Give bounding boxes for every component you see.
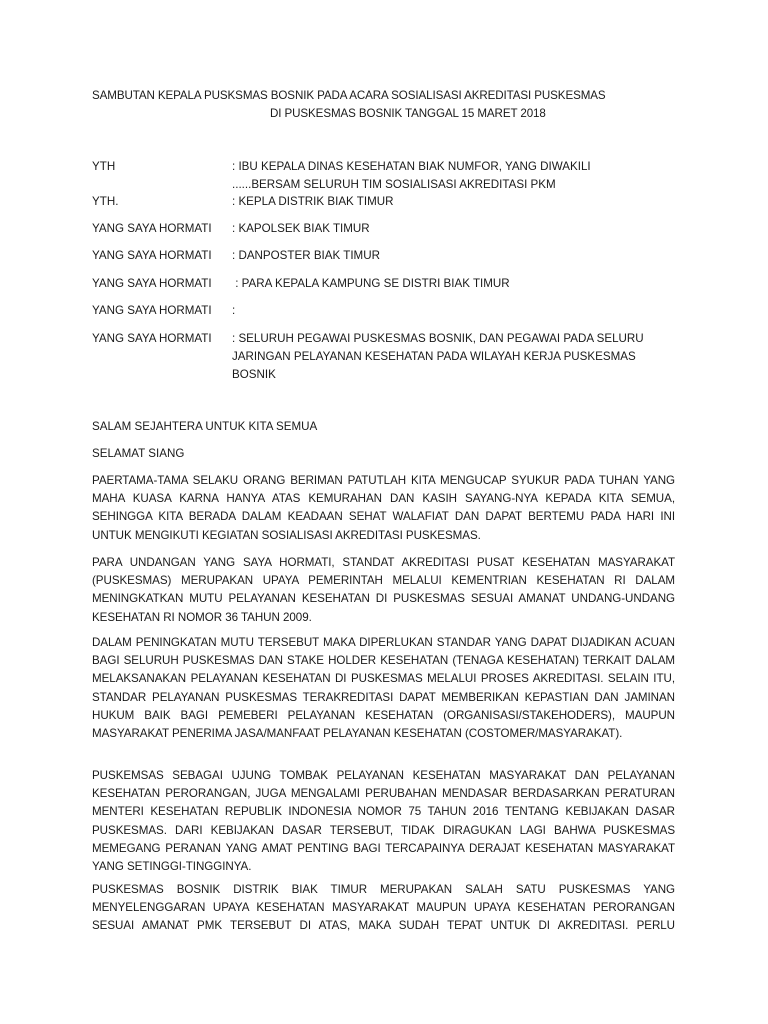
- addressee-value: :: [232, 302, 682, 320]
- addressee-value: : DANPOSTER BIAK TIMUR: [232, 247, 682, 265]
- addressee-value: : SELURUH PEGAWAI PUSKESMAS BOSNIK, DAN …: [232, 330, 682, 348]
- addressee-value: ......BERSAM SELURUH TIM SOSIALISASI AKR…: [232, 176, 682, 194]
- greeting: SELAMAT SIANG: [92, 447, 184, 460]
- addressee-label: YANG SAYA HORMATI: [92, 330, 212, 348]
- addressee-label: YANG SAYA HORMATI: [92, 302, 212, 320]
- addressee-row: YTH : IBU KEPALA DINAS KESEHATAN BIAK NU…: [92, 158, 682, 194]
- addressee-value: : PARA KEPALA KAMPUNG SE DISTRI BIAK TIM…: [232, 275, 682, 293]
- addressee-value: JARINGAN PELAYANAN KESEHATAN PADA WILAYA…: [232, 348, 682, 366]
- addressee-label: YANG SAYA HORMATI: [92, 247, 212, 265]
- addressee-row: YANG SAYA HORMATI : SELURUH PEGAWAI PUSK…: [92, 330, 682, 384]
- addressee-label: YTH.: [92, 193, 118, 211]
- addressee-label: YANG SAYA HORMATI: [92, 275, 212, 293]
- addressee-label: YTH: [92, 158, 115, 176]
- document-page: SAMBUTAN KEPALA PUSKSMAS BOSNIK PADA ACA…: [0, 0, 768, 1024]
- paragraph: DALAM PENINGKATAN MUTU TERSEBUT MAKA DIP…: [92, 634, 675, 743]
- document-title-line-1: SAMBUTAN KEPALA PUSKSMAS BOSNIK PADA ACA…: [92, 89, 682, 102]
- addressee-value: : IBU KEPALA DINAS KESEHATAN BIAK NUMFOR…: [232, 158, 682, 176]
- paragraph: PUSKEMSAS SEBAGAI UJUNG TOMBAK PELAYANAN…: [92, 767, 675, 876]
- document-title-line-2: DI PUSKESMAS BOSNIK TANGGAL 15 MARET 201…: [92, 107, 682, 120]
- addressee-label: YANG SAYA HORMATI: [92, 220, 212, 238]
- addressee-value: BOSNIK: [232, 366, 682, 384]
- paragraph: PAERTAMA-TAMA SELAKU ORANG BERIMAN PATUT…: [92, 472, 675, 545]
- paragraph: PUSKESMAS BOSNIK DISTRIK BIAK TIMUR MERU…: [92, 881, 675, 936]
- greeting: SALAM SEJAHTERA UNTUK KITA SEMUA: [92, 420, 317, 433]
- addressee-value: : KEPLA DISTRIK BIAK TIMUR: [232, 193, 682, 211]
- paragraph: PARA UNDANGAN YANG SAYA HORMATI, STANDAT…: [92, 554, 675, 627]
- addressee-value: : KAPOLSEK BIAK TIMUR: [232, 220, 682, 238]
